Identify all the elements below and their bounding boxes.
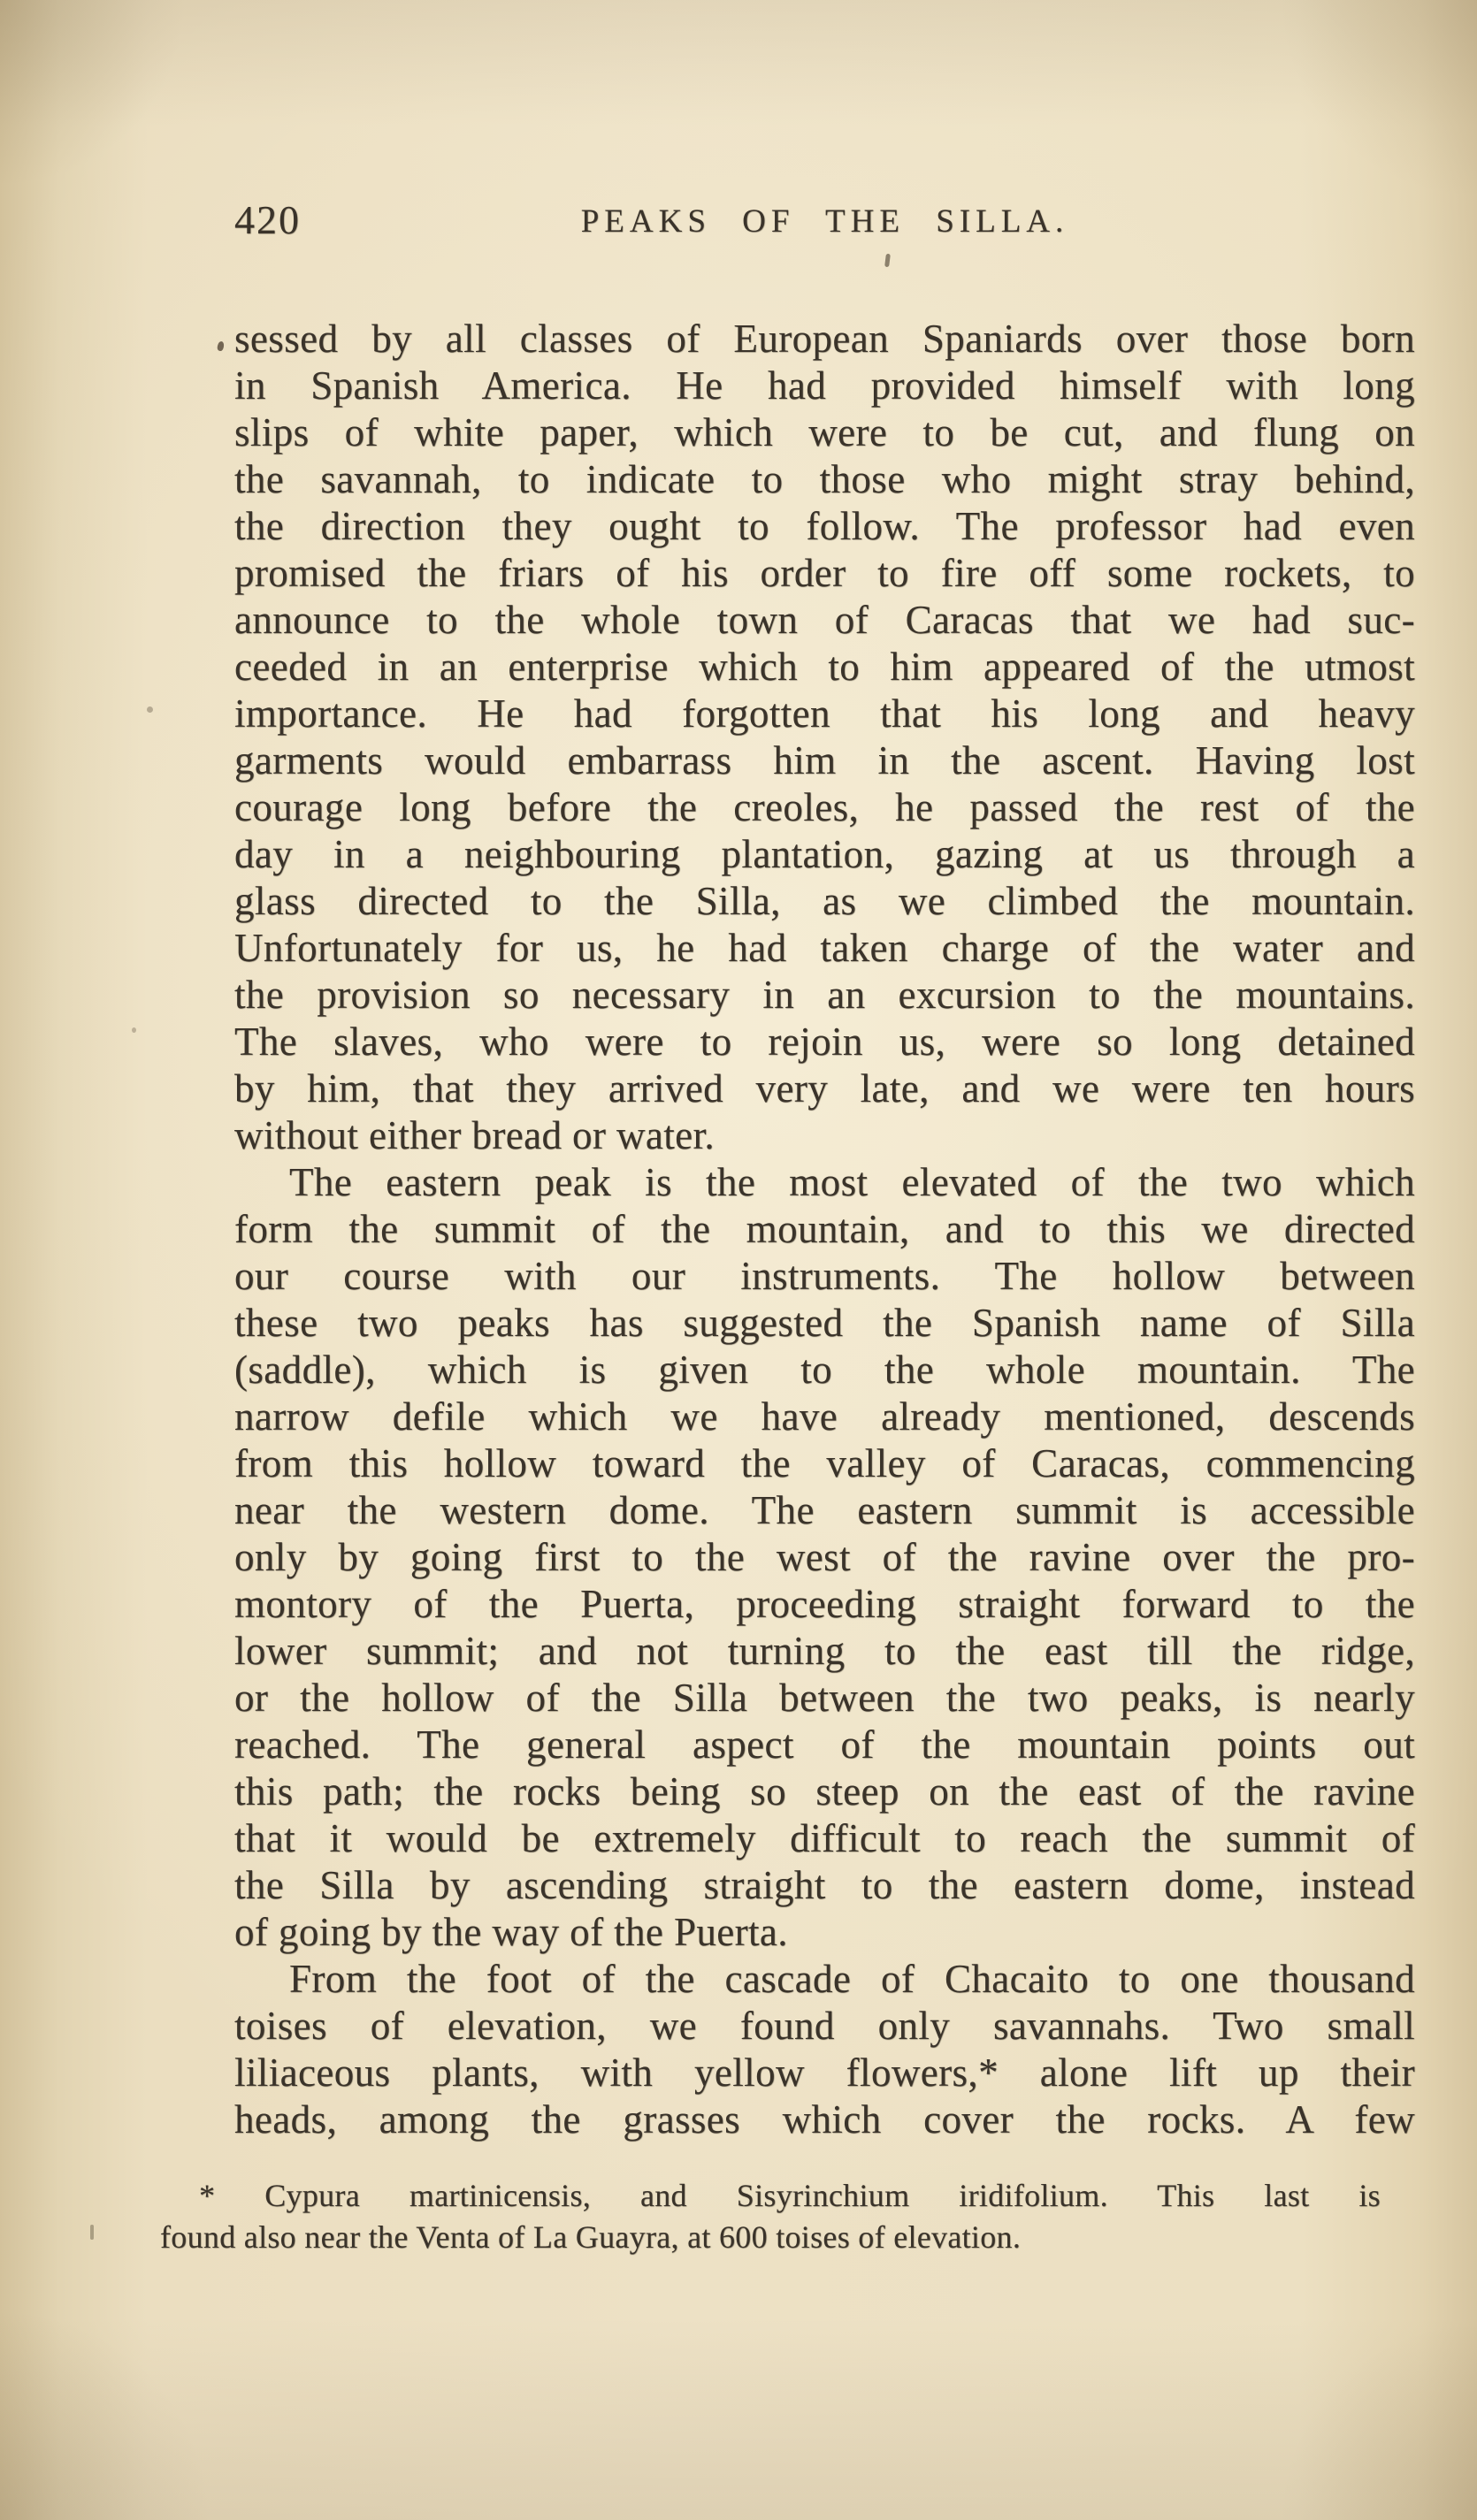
text-line: day in a neighbouring plantation, gazing…: [234, 831, 1415, 878]
text-line: (saddle), which is given to the whole mo…: [234, 1347, 1415, 1394]
text-line: our course with our instruments. The hol…: [234, 1253, 1415, 1300]
paragraph: sessed by all classes of European Spania…: [234, 316, 1415, 1159]
text-line: garments would embarrass him in the asce…: [234, 737, 1415, 784]
text-line: lower summit; and not turning to the eas…: [234, 1628, 1415, 1675]
text-line: From the foot of the cascade of Chacaito…: [234, 1956, 1415, 2003]
text-line: the savannah, to indicate to those who m…: [234, 456, 1415, 503]
text-line: the Silla by ascending straight to the e…: [234, 1862, 1415, 1909]
text-line: these two peaks has suggested the Spanis…: [234, 1300, 1415, 1347]
text-line: liliaceous plants, with yellow flowers,*…: [234, 2050, 1415, 2096]
book-page: 420 PEAKS OF THE SILLA. sessed by all cl…: [0, 0, 1477, 2520]
footnote: * Cypura martinicensis, and Sisyrinchium…: [160, 2175, 1381, 2258]
scan-speck: [147, 706, 153, 713]
text-line: ceeded in an enterprise which to him app…: [234, 644, 1415, 691]
text-line: or the hollow of the Silla between the t…: [234, 1675, 1415, 1722]
text-line: The eastern peak is the most elevated of…: [234, 1159, 1415, 1206]
text-line: heads, among the grasses which cover the…: [234, 2096, 1415, 2143]
text-line: importance. He had forgotten that his lo…: [234, 691, 1415, 737]
text-line: The slaves, who were to rejoin us, were …: [234, 1019, 1415, 1065]
paragraph: The eastern peak is the most elevated of…: [234, 1159, 1415, 1956]
text-line: courage long before the creoles, he pass…: [234, 784, 1415, 831]
text-line: narrow defile which we have already ment…: [234, 1394, 1415, 1440]
text-line: this path; the rocks being so steep on t…: [234, 1768, 1415, 1815]
text-line: without either bread or water.: [234, 1112, 1415, 1159]
scan-speck: [132, 1027, 136, 1033]
text-line: form the summit of the mountain, and to …: [234, 1206, 1415, 1253]
text-line: montory of the Puerta, proceeding straig…: [234, 1581, 1415, 1628]
footnote-line: found also near the Venta of La Guayra, …: [160, 2217, 1381, 2258]
text-line: toises of elevation, we found only savan…: [234, 2003, 1415, 2050]
text-block: sessed by all classes of European Spania…: [234, 316, 1415, 2143]
text-line: glass directed to the Silla, as we climb…: [234, 878, 1415, 925]
page-header: 420 PEAKS OF THE SILLA.: [234, 195, 1415, 248]
footnote-line: * Cypura martinicensis, and Sisyrinchium…: [160, 2175, 1381, 2217]
scan-speck: [217, 340, 225, 351]
text-line: near the western dome. The eastern summi…: [234, 1487, 1415, 1534]
text-line: of going by the way of the Puerta.: [234, 1909, 1415, 1956]
text-line: promised the friars of his order to fire…: [234, 550, 1415, 597]
scan-speck: [90, 2225, 94, 2240]
running-head: PEAKS OF THE SILLA.: [234, 202, 1415, 241]
text-line: only by going first to the west of the r…: [234, 1534, 1415, 1581]
text-line: slips of white paper, which were to be c…: [234, 409, 1415, 456]
text-line: reached. The general aspect of the mount…: [234, 1722, 1415, 1768]
text-line: from this hollow toward the valley of Ca…: [234, 1440, 1415, 1487]
text-line: the provision so necessary in an excursi…: [234, 972, 1415, 1019]
text-line: in Spanish America. He had provided hims…: [234, 363, 1415, 409]
text-line: announce to the whole town of Caracas th…: [234, 597, 1415, 644]
scan-speck: [884, 254, 891, 267]
text-line: the direction they ought to follow. The …: [234, 503, 1415, 550]
paragraph: From the foot of the cascade of Chacaito…: [234, 1956, 1415, 2143]
text-line: that it would be extremely difficult to …: [234, 1815, 1415, 1862]
text-line: by him, that they arrived very late, and…: [234, 1065, 1415, 1112]
text-line: sessed by all classes of European Spania…: [234, 316, 1415, 363]
text-line: Unfortunately for us, he had taken charg…: [234, 925, 1415, 972]
